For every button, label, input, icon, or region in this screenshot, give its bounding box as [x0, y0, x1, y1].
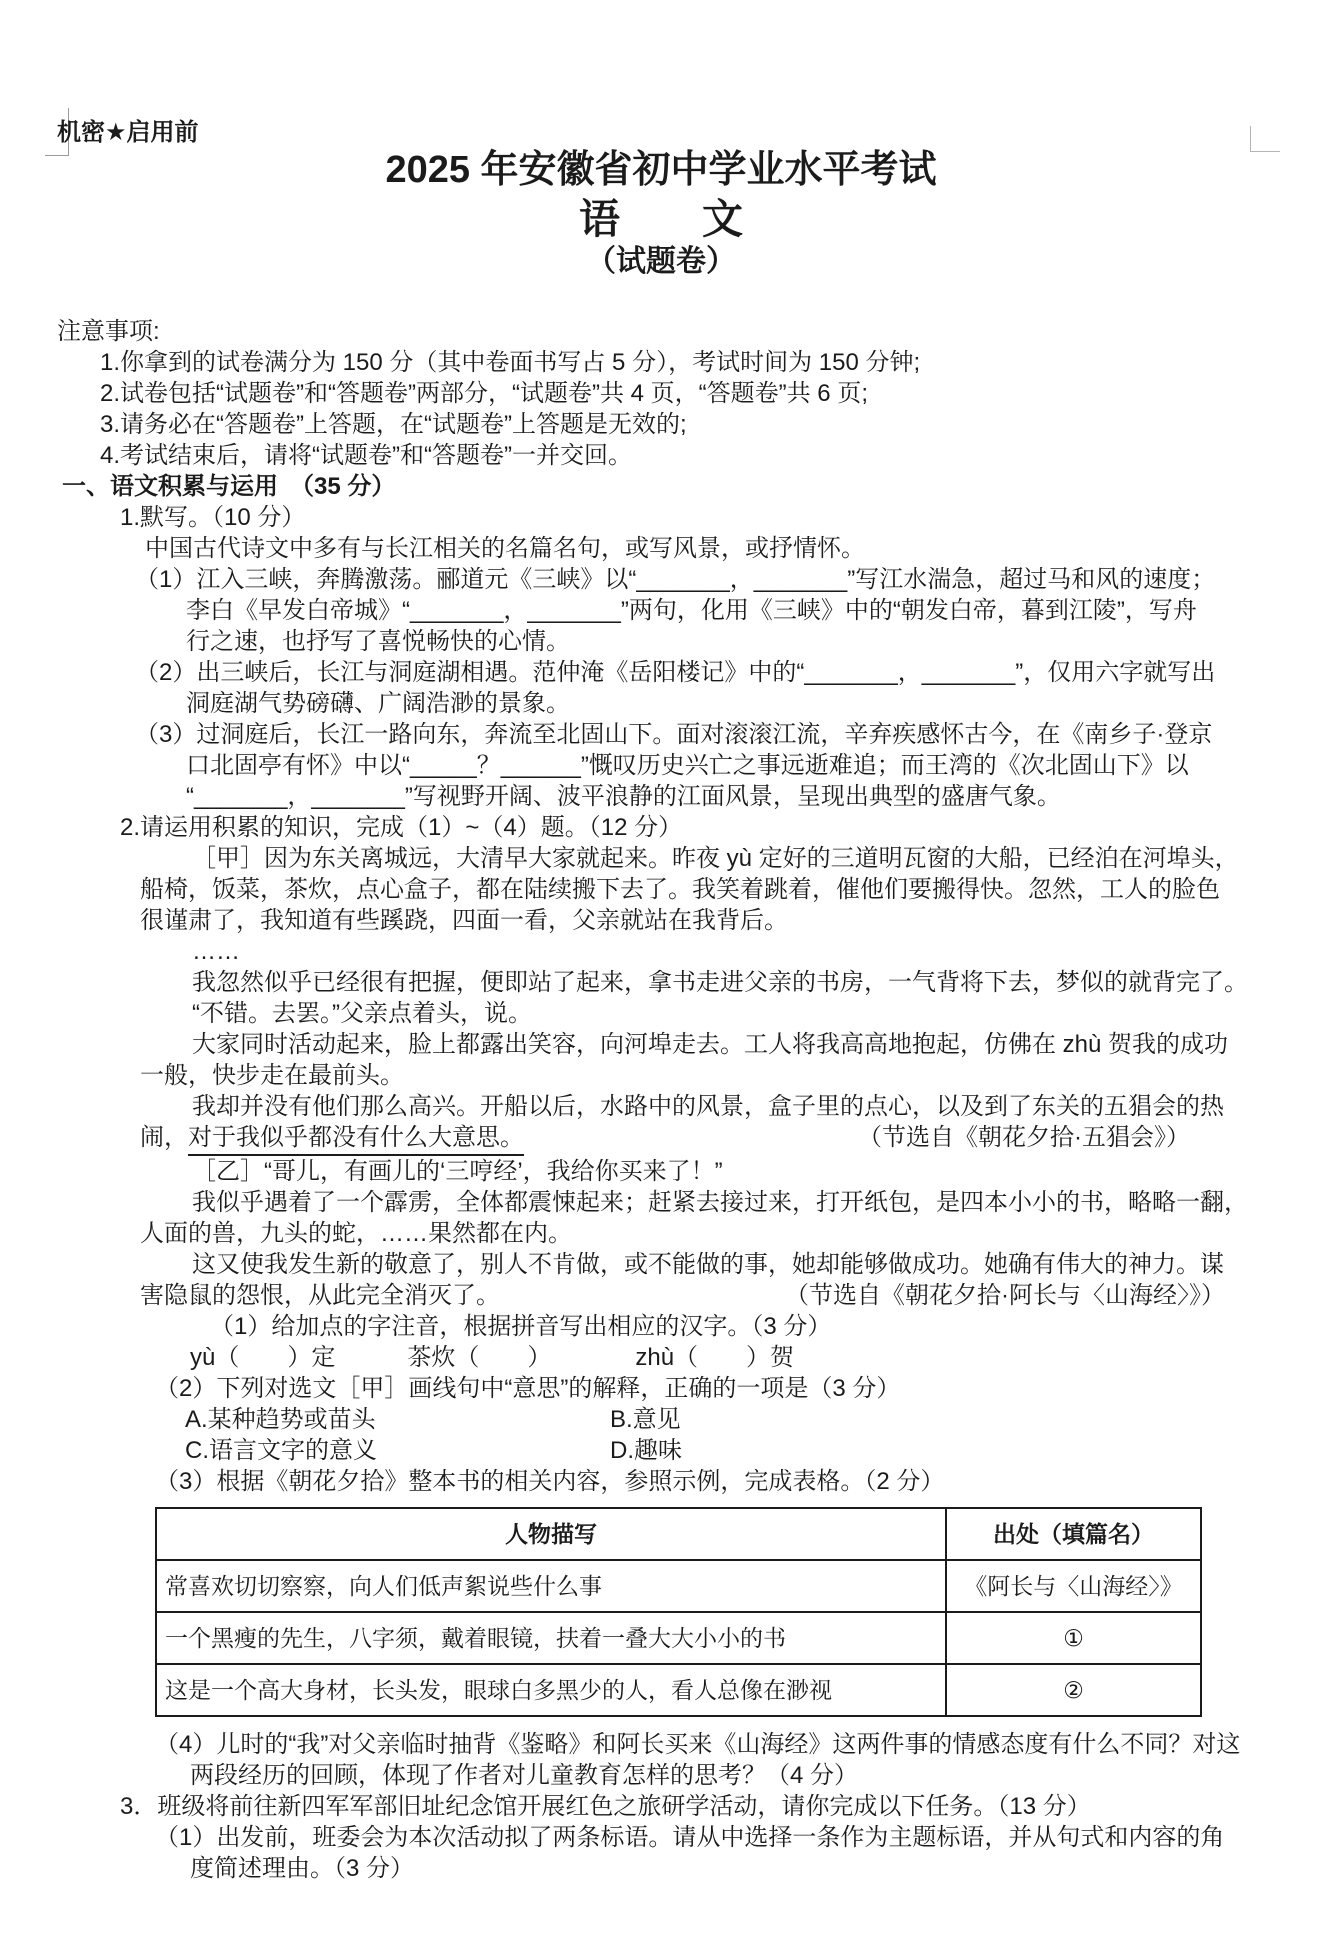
option-a: A.某种趋势或苗头 [185, 1404, 610, 1435]
q1-item3-line1: （3）过洞庭后，长江一路向东，奔流至北固山下。面对滚滚江流，辛弃疾感怀古今，在《… [135, 719, 1258, 750]
passage-jia-ellipsis: …… [192, 936, 1258, 967]
exam-title: 2025 年安徽省初中学业水平考试 [0, 138, 1322, 193]
q1-item3-line3: “_______，_______”写视野开阔、波平浪静的江面风景，呈现出典型的盛… [186, 781, 1258, 812]
passage-jia-line4: 我忽然似乎已经很有把握，便即站了起来，拿书走进父亲的书房，一气背将下去，梦似的就… [192, 967, 1258, 998]
q1-stem: 1.默写。（10 分） [120, 502, 1258, 533]
passage-jia-line8: 我却并没有他们那么高兴。开船以后，水路中的风景，盒子里的点心，以及到了东关的五猖… [192, 1091, 1258, 1122]
section-heading: 一、语文积累与运用 （35 分） [62, 471, 1258, 502]
q2-sub3-stem: （3）根据《朝花夕拾》整本书的相关内容，参照示例，完成表格。（2 分） [155, 1466, 1258, 1497]
table-header-row: 人物描写 出处（填篇名） [156, 1508, 1201, 1560]
jia-source-attribution: （节选自《朝花夕拾·五猖会》） [858, 1122, 1258, 1156]
option-c: C.语言文字的意义 [185, 1435, 610, 1466]
passage-jia-last-line: 闹，对于我似乎都没有什么大意思。 （节选自《朝花夕拾·五猖会》） [140, 1122, 1258, 1156]
passage-yi-last-line: 害隐鼠的怨恨，从此完全消灭了。 （节选自《朝花夕拾·阿长与〈山海经〉》） [140, 1280, 1258, 1311]
q1-item1-line2: 李白《早发白帝城》“_______，_______”两句，化用《三峡》中的“朝发… [186, 595, 1258, 626]
option-d: D.趣味 [610, 1435, 1258, 1466]
q2-sub1-pinyin-row: yù（ ）定 茶炊（ ） zhù（ ）贺 [190, 1342, 1258, 1373]
notice-item-1: 1.你拿到的试卷满分为 150 分（其中卷面书写占 5 分），考试时间为 150… [100, 347, 1258, 378]
q2-sub1-stem: （1）给加点的字注音，根据拼音写出相应的汉字。（3 分） [210, 1311, 1258, 1342]
q2-sub4-line1: （4）儿时的“我”对父亲临时抽背《鉴略》和阿长买来《山海经》这两件事的情感态度有… [155, 1729, 1258, 1760]
passage-jia-line3: 很谨肃了，我知道有些蹊跷，四面一看，父亲就站在我背后。 [140, 905, 1258, 936]
q2-sub4-line2: 两段经历的回顾，体现了作者对儿童教育怎样的思考？（4 分） [190, 1760, 1258, 1791]
character-table-wrapper: 人物描写 出处（填篇名） 常喜欢切切察察，向人们低声絮说些什么事 《阿长与〈山海… [155, 1507, 1200, 1717]
q1-item1-line3: 行之速，也抒写了喜悦畅快的心情。 [186, 626, 1258, 657]
table-cell-source-3: ② [946, 1664, 1201, 1716]
passage-yi-line4: 这又使我发生新的敬意了，别人不肯做，或不能做的事，她却能够做成功。她确有伟大的神… [192, 1249, 1258, 1280]
notice-item-2: 2.试卷包括“试题卷”和“答题卷”两部分，“试题卷”共 4 页，“答题卷”共 6… [100, 378, 1258, 409]
notice-heading: 注意事项: [57, 316, 1258, 347]
q1-intro: 中国古代诗文中多有与长江相关的名篇名句，或写风景，或抒情怀。 [145, 533, 1258, 564]
q1-item2-line2: 洞庭湖气势磅礴、广阔浩渺的景象。 [186, 688, 1258, 719]
yi-source-attribution: （节选自《朝花夕拾·阿长与〈山海经〉》） [785, 1280, 1258, 1311]
q3-sub1-line2: 度简述理由。（3 分） [190, 1853, 1258, 1884]
table-row: 这是一个高大身材，长头发，眼球白多黑少的人，看人总像在渺视 ② [156, 1664, 1201, 1716]
table-header-source: 出处（填篇名） [946, 1508, 1201, 1560]
q2-sub2-stem: （2）下列对选文［甲］画线句中“意思”的解释，正确的一项是（3 分） [155, 1373, 1258, 1404]
passage-yi-line2: 我似乎遇着了一个霹雳，全体都震悚起来；赶紧去接过来，打开纸包，是四本小小的书，略… [192, 1187, 1258, 1218]
q1-item2-line1: （2）出三峡后，长江与洞庭湖相遇。范仲淹《岳阳楼记》中的“_______，___… [135, 657, 1258, 688]
table-cell-description-1: 常喜欢切切察察，向人们低声絮说些什么事 [156, 1560, 946, 1612]
exam-paper-page: 机密★启用前 2025 年安徽省初中学业水平考试 语 文 （试题卷） 注意事项:… [0, 0, 1322, 1936]
paper-body: 注意事项: 1.你拿到的试卷满分为 150 分（其中卷面书写占 5 分），考试时… [57, 316, 1258, 1884]
q1-item3-line2: 口北固亭有怀》中以“_____？______”慨叹历史兴亡之事远逝难追；而王湾的… [186, 750, 1258, 781]
passage-jia-line5: “不错。去罢。”父亲点着头，说。 [192, 998, 1258, 1029]
q2-stem: 2.请运用积累的知识，完成（1）~（4）题。（12 分） [120, 812, 1258, 843]
q3-sub1-line1: （1）出发前，班委会为本次活动拟了两条标语。请从中选择一条作为主题标语，并从句式… [155, 1822, 1258, 1853]
table-header-description: 人物描写 [156, 1508, 946, 1560]
table-cell-source-1: 《阿长与〈山海经〉》 [946, 1560, 1201, 1612]
notice-item-4: 4.考试结束后，请将“试题卷”和“答题卷”一并交回。 [100, 440, 1258, 471]
table-cell-description-3: 这是一个高大身材，长头发，眼球白多黑少的人，看人总像在渺视 [156, 1664, 946, 1716]
passage-jia-line7: 一般，快步走在最前头。 [140, 1060, 1258, 1091]
jia-underlined-phrase: 对于我似乎都没有什么大意思。 [188, 1122, 524, 1156]
yi-tail-text: 害隐鼠的怨恨，从此完全消灭了。 [140, 1280, 500, 1311]
spacer [524, 1122, 858, 1156]
notice-item-3: 3.请务必在“答题卷”上答题，在“试题卷”上答题是无效的; [100, 409, 1258, 440]
spacer [500, 1280, 785, 1311]
paper-type-label: （试题卷） [0, 236, 1322, 280]
passage-jia-line6: 大家同时活动起来，脸上都露出笑容，向河埠走去。工人将我高高地抱起，仿佛在 zhù… [192, 1029, 1258, 1060]
q1-item1-line1: （1）江入三峡，奔腾激荡。郦道元《三峡》以“_______，_______”写江… [135, 564, 1258, 595]
character-description-table: 人物描写 出处（填篇名） 常喜欢切切察察，向人们低声絮说些什么事 《阿长与〈山海… [155, 1507, 1202, 1717]
table-row: 一个黑瘦的先生，八字须，戴着眼镜，扶着一叠大大小小的书 ① [156, 1612, 1201, 1664]
jia-tail-text: 闹， [140, 1122, 188, 1156]
table-cell-source-2: ① [946, 1612, 1201, 1664]
option-b: B.意见 [610, 1404, 1258, 1435]
passage-yi-line1: ［乙］“哥儿，有画儿的‘三哼经’，我给你买来了！” [192, 1156, 1258, 1187]
passage-yi-line3: 人面的兽，九头的蛇，……果然都在内。 [140, 1218, 1258, 1249]
q3-stem: 3．班级将前往新四军军部旧址纪念馆开展红色之旅研学活动，请你完成以下任务。（13… [120, 1791, 1258, 1822]
passage-jia-line2: 船椅，饭菜，茶炊，点心盒子，都在陆续搬下去了。我笑着跳着，催他们要搬得快。忽然，… [140, 874, 1258, 905]
table-cell-description-2: 一个黑瘦的先生，八字须，戴着眼镜，扶着一叠大大小小的书 [156, 1612, 946, 1664]
table-row: 常喜欢切切察察，向人们低声絮说些什么事 《阿长与〈山海经〉》 [156, 1560, 1201, 1612]
passage-jia-line1: ［甲］因为东关离城远，大清早大家就起来。昨夜 yù 定好的三道明瓦窗的大船，已经… [192, 843, 1258, 874]
q2-sub2-options: A.某种趋势或苗头 B.意见 C.语言文字的意义 D.趣味 [185, 1404, 1258, 1466]
